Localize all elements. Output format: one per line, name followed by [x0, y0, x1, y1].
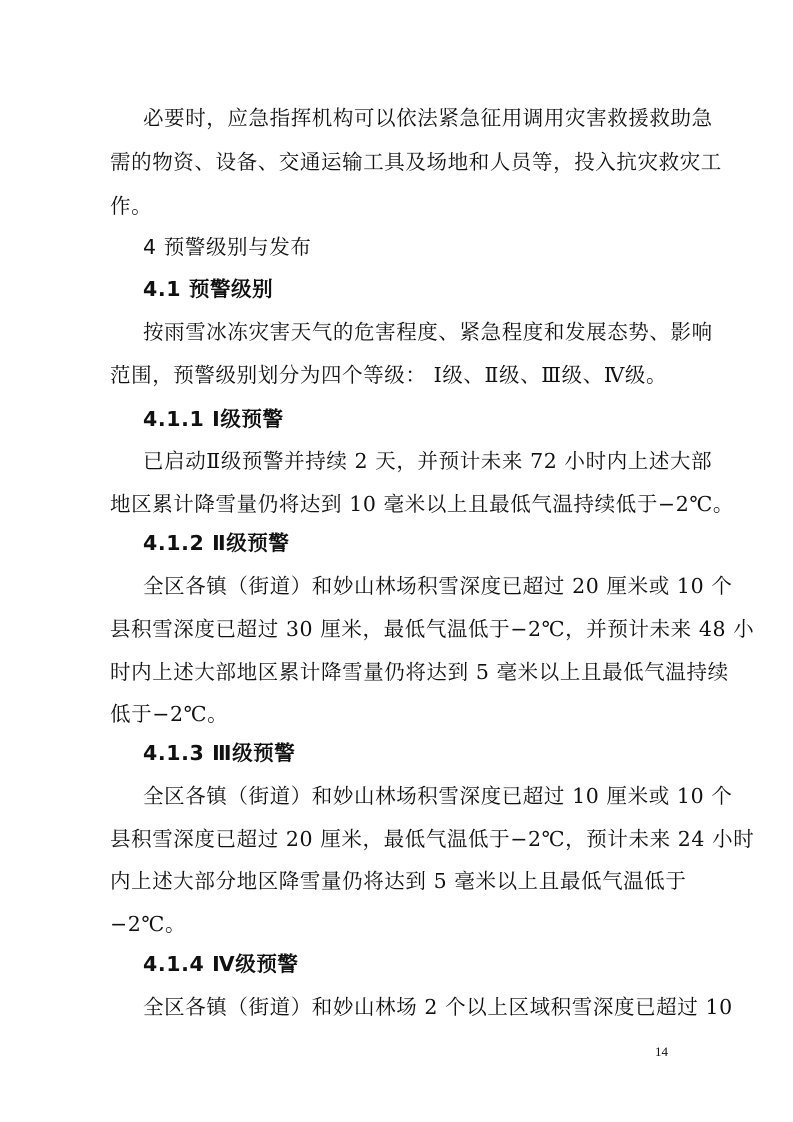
- subsection-heading: 4.1 预警级别: [143, 275, 733, 303]
- subsection-heading: 4.1.4 Ⅳ级预警: [143, 950, 733, 978]
- paragraph-line: 全区各镇（街道）和妙山林场积雪深度已超过 20 厘米或 10 个: [143, 572, 733, 600]
- page-number: 14: [655, 1044, 668, 1060]
- paragraph-line: 低于−2℃。: [110, 700, 700, 728]
- subsection-heading: 4.1.3 Ⅲ级预警: [143, 739, 733, 767]
- paragraph-line: 地区累计降雪量仍将达到 10 毫米以上且最低气温持续低于−2℃。: [110, 490, 700, 518]
- paragraph-line: 必要时，应急指挥机构可以依法紧急征用调用灾害救援救助急: [143, 104, 733, 132]
- paragraph-line: 时内上述大部地区累计降雪量仍将达到 5 毫米以上且最低气温持续: [110, 658, 700, 686]
- paragraph-line: 范围，预警级别划分为四个等级： Ⅰ级、Ⅱ级、Ⅲ级、Ⅳ级。: [110, 361, 700, 389]
- paragraph-line: 全区各镇（街道）和妙山林场积雪深度已超过 10 厘米或 10 个: [143, 782, 733, 810]
- paragraph-line: 县积雪深度已超过 20 厘米，最低气温低于−2℃，预计未来 24 小时: [110, 825, 700, 853]
- paragraph-line: 需的物资、设备、交通运输工具及场地和人员等，投入抗灾救灾工: [110, 148, 700, 176]
- paragraph-line: 按雨雪冰冻灾害天气的危害程度、紧急程度和发展态势、影响: [143, 318, 733, 346]
- subsection-heading: 4.1.1 Ⅰ级预警: [143, 405, 733, 433]
- paragraph-line: 作。: [110, 192, 700, 220]
- document-page: 必要时，应急指挥机构可以依法紧急征用调用灾害救援救助急 需的物资、设备、交通运输…: [0, 0, 793, 1122]
- subsection-heading: 4.1.2 Ⅱ级预警: [143, 529, 733, 557]
- paragraph-line: 已启动Ⅱ级预警并持续 2 天，并预计未来 72 小时内上述大部: [143, 447, 733, 475]
- paragraph-line: 全区各镇（街道）和妙山林场 2 个以上区域积雪深度已超过 10: [143, 993, 733, 1021]
- section-heading: 4 预警级别与发布: [143, 233, 733, 261]
- paragraph-line: −2℃。: [110, 910, 700, 938]
- paragraph-line: 县积雪深度已超过 30 厘米，最低气温低于−2℃，并预计未来 48 小: [110, 615, 700, 643]
- paragraph-line: 内上述大部分地区降雪量仍将达到 5 毫米以上且最低气温低于: [110, 867, 700, 895]
